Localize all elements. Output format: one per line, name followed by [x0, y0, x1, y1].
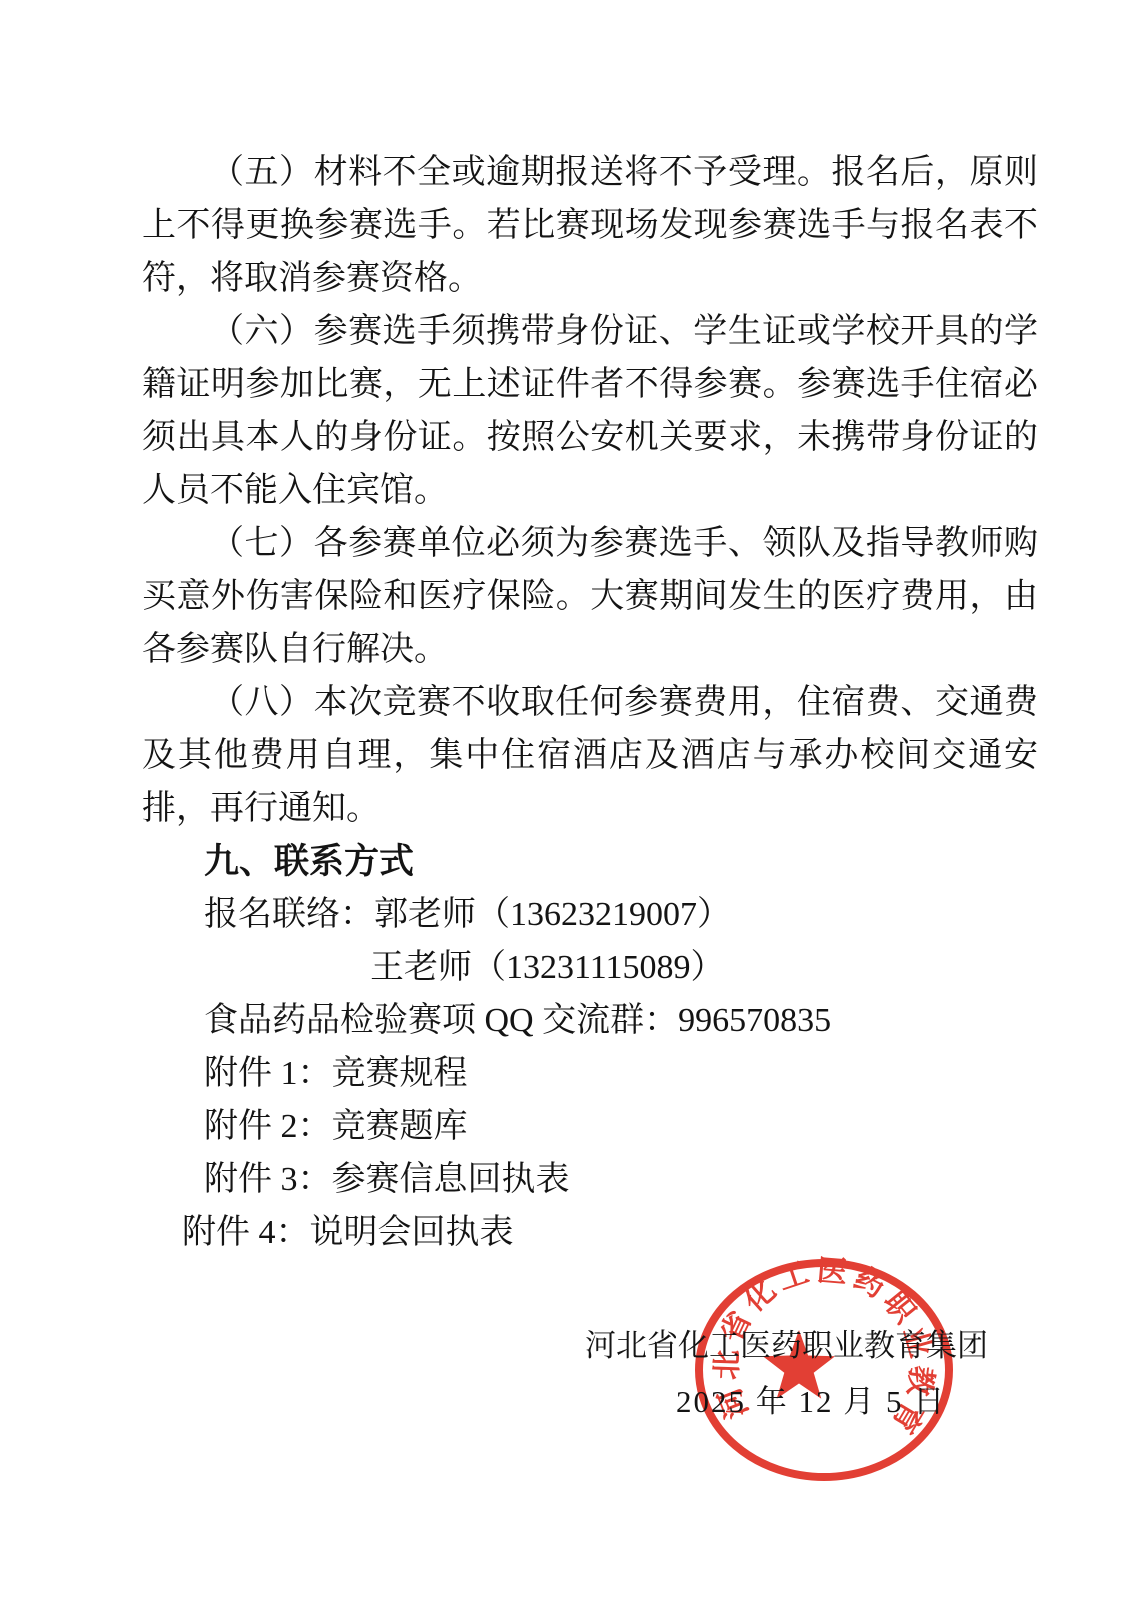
- attachment-line-1: 附件 1：竞赛规程: [204, 1047, 1038, 1100]
- paragraph-item-8: （八）本次竞赛不收取任何参赛费用，住宿费、交通费及其他费用自理，集中住宿酒店及酒…: [142, 676, 1038, 835]
- signature-organization: 河北省化工医药职业教育集团: [585, 1326, 988, 1366]
- attachment-line-3: 附件 3：参赛信息回执表: [204, 1153, 1038, 1206]
- paragraph-item-6: （六）参赛选手须携带身份证、学生证或学校开具的学籍证明参加比赛，无上述证件者不得…: [142, 305, 1038, 517]
- paragraph-item-7: （七）各参赛单位必须为参赛选手、领队及指导教师购 买意外伤害保险和医疗保险。大赛…: [142, 517, 1038, 676]
- official-seal-stamp: 河北省化工医药职业教育集团: [688, 1252, 960, 1492]
- signature-date: 2025 年 12 月 5 日: [676, 1382, 946, 1422]
- contact-line-registration: 报名联络：郭老师（13623219007）: [204, 888, 1038, 941]
- attachment-line-2: 附件 2：竞赛题库: [204, 1100, 1038, 1153]
- paragraph-item-5: （五）材料不全或逾期报送将不予受理。报名后，原则 上不得更换参赛选手。若比赛现场…: [142, 146, 1038, 305]
- section-heading-contact: 九、联系方式: [204, 835, 1038, 888]
- contact-line-qq-group: 食品药品检验赛项 QQ 交流群：996570835: [204, 994, 1038, 1047]
- document-page: （五）材料不全或逾期报送将不予受理。报名后，原则 上不得更换参赛选手。若比赛现场…: [0, 0, 1131, 1600]
- document-body: （五）材料不全或逾期报送将不予受理。报名后，原则 上不得更换参赛选手。若比赛现场…: [142, 146, 1038, 1259]
- contact-line-teacher-wang: 王老师（13231115089）: [370, 941, 1038, 994]
